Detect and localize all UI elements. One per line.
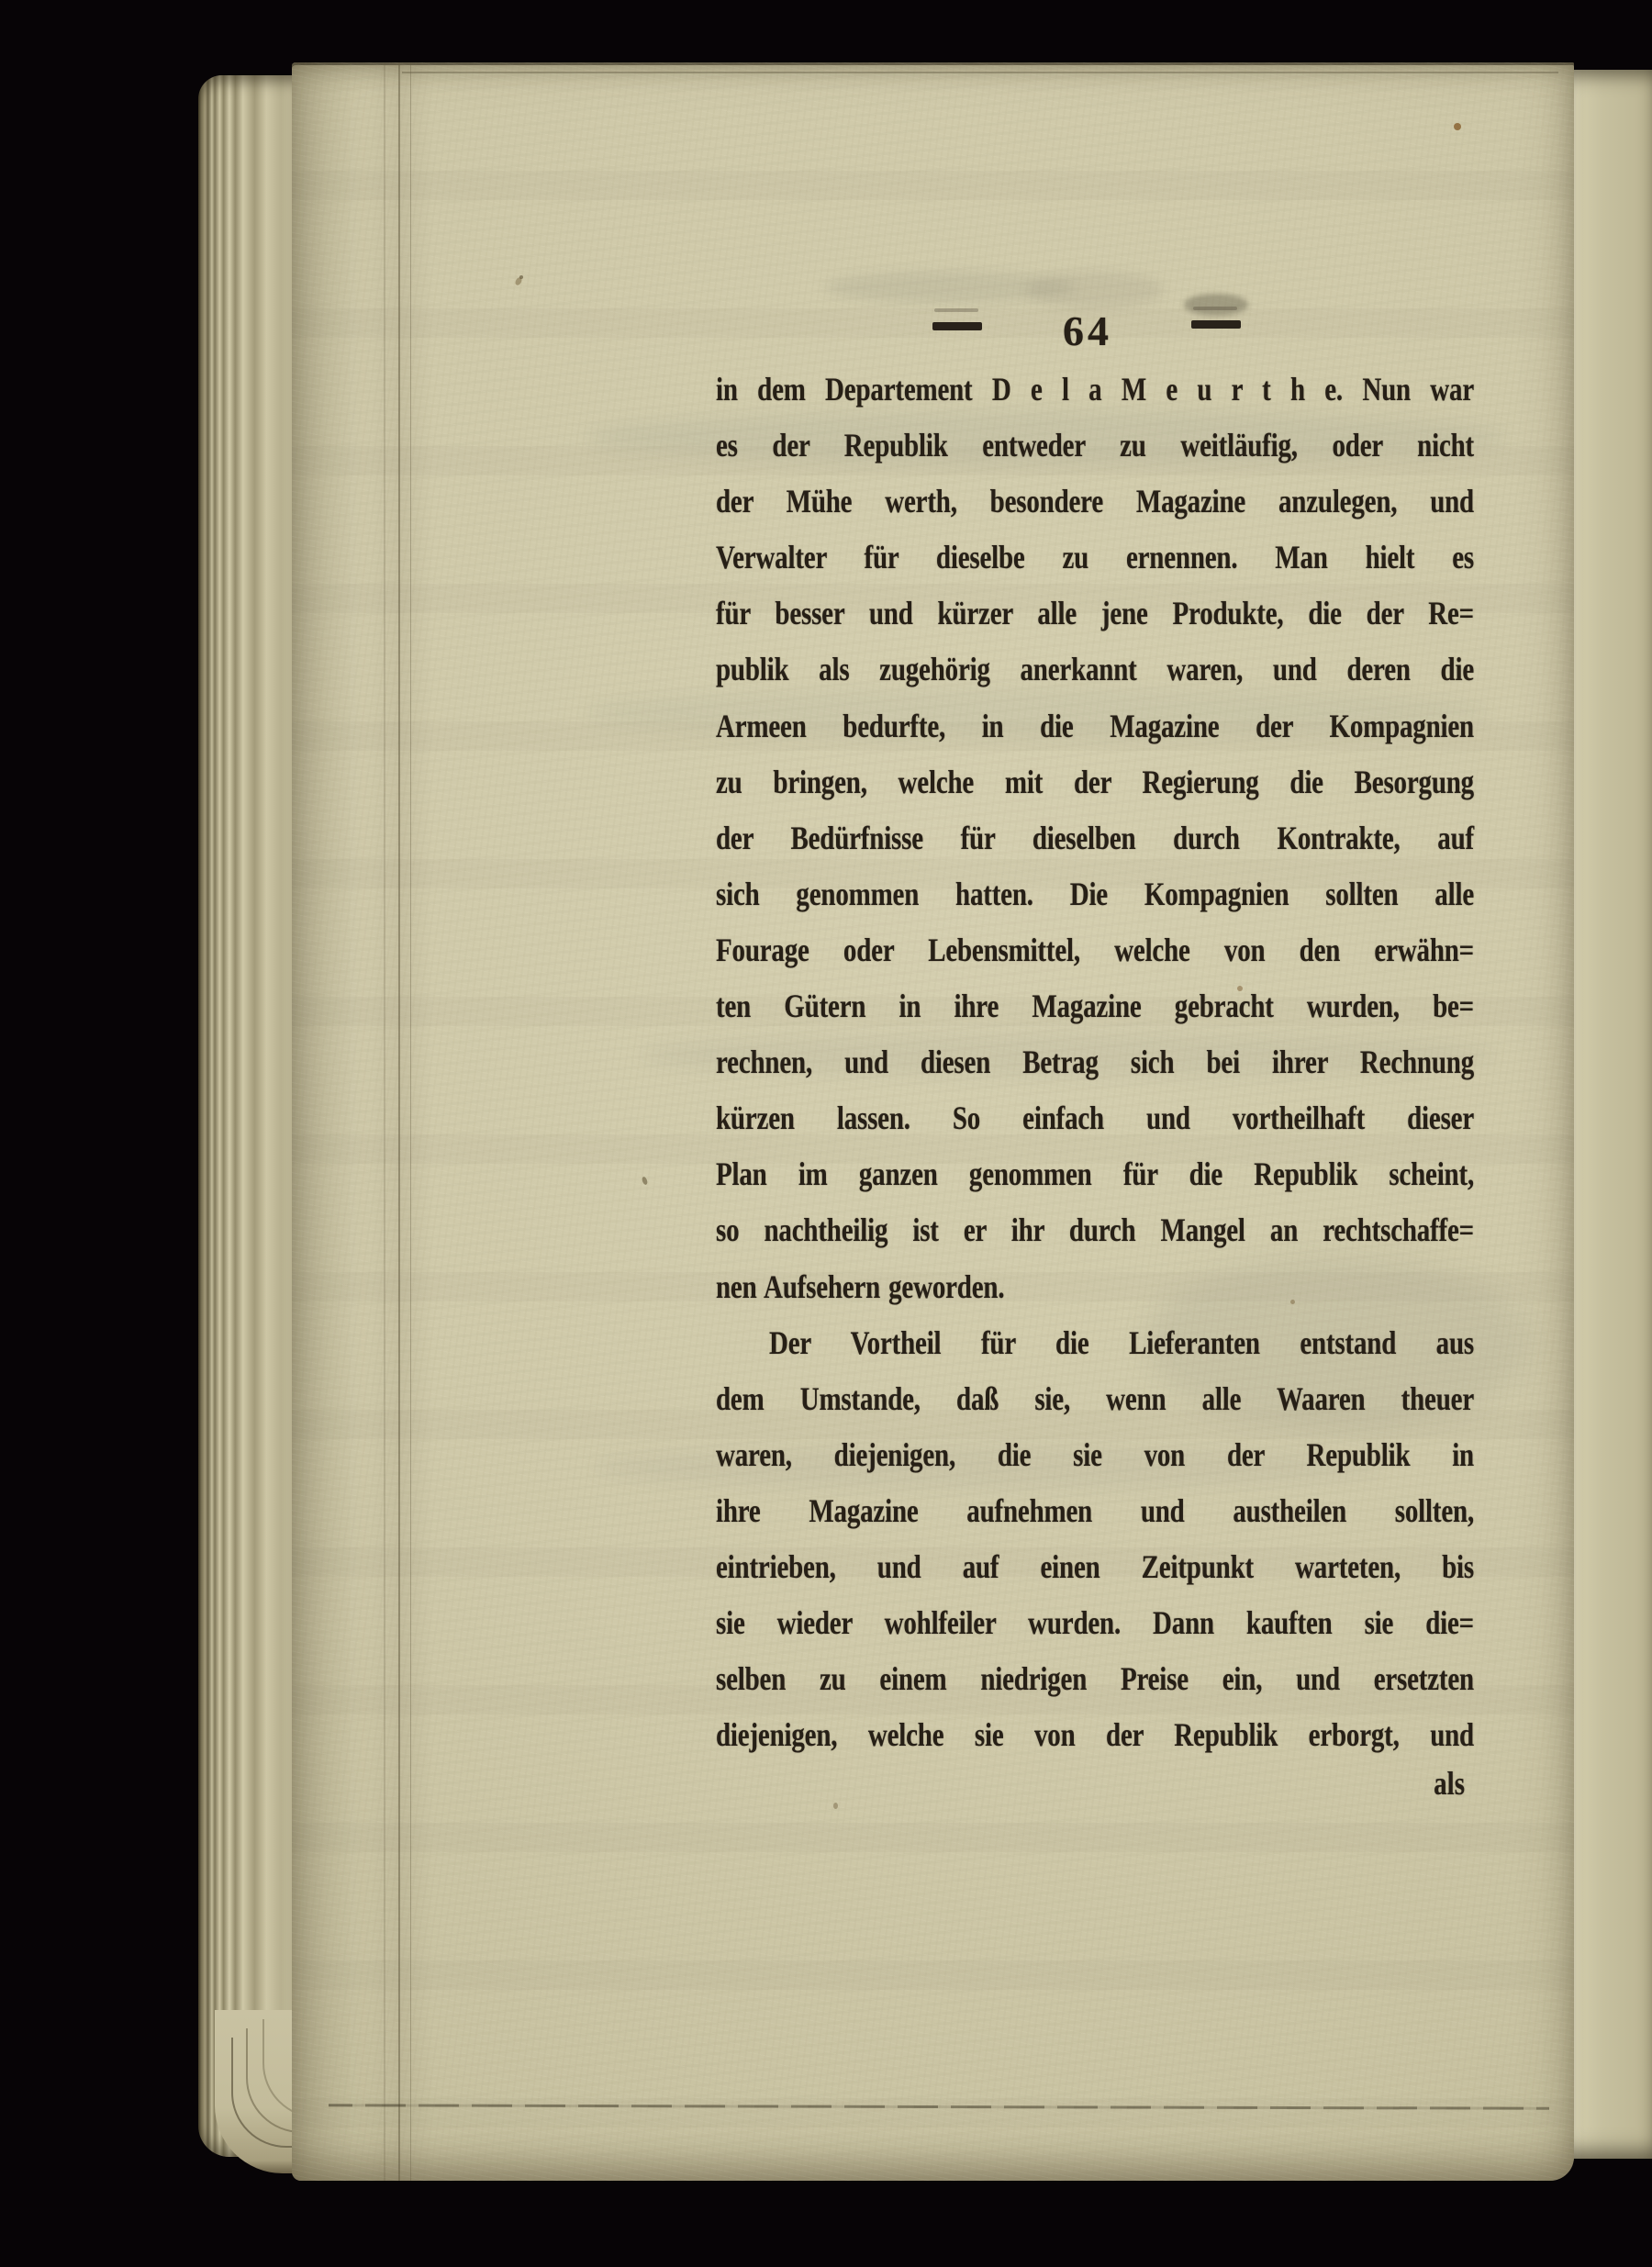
page-stack-fore-edges bbox=[198, 75, 296, 2157]
book-scan: 64 in dem Departement D e l a M e u r t … bbox=[0, 0, 1652, 2267]
header-rule-right bbox=[1191, 320, 1241, 329]
text-block: in dem Departement D e l a M e u r t h e… bbox=[716, 363, 1474, 1764]
stain-speck bbox=[642, 1176, 649, 1185]
scan-smudge bbox=[1184, 294, 1248, 316]
scan-smudge bbox=[1026, 272, 1164, 308]
header-rule-left bbox=[932, 322, 982, 330]
scan-smudge bbox=[826, 272, 1074, 303]
catchword: als bbox=[716, 1752, 1465, 1815]
stain-speck bbox=[519, 275, 523, 279]
page-top-crease bbox=[402, 72, 1558, 73]
stain-speck bbox=[1454, 123, 1461, 130]
stain-speck bbox=[514, 276, 523, 286]
page-crease-shadow bbox=[369, 62, 433, 2181]
adjacent-page-edge bbox=[1571, 70, 1652, 2159]
page-number: 64 bbox=[1032, 307, 1143, 355]
deckle-edge-line bbox=[329, 2104, 1549, 2109]
book-page: 64 in dem Departement D e l a M e u r t … bbox=[292, 62, 1574, 2181]
